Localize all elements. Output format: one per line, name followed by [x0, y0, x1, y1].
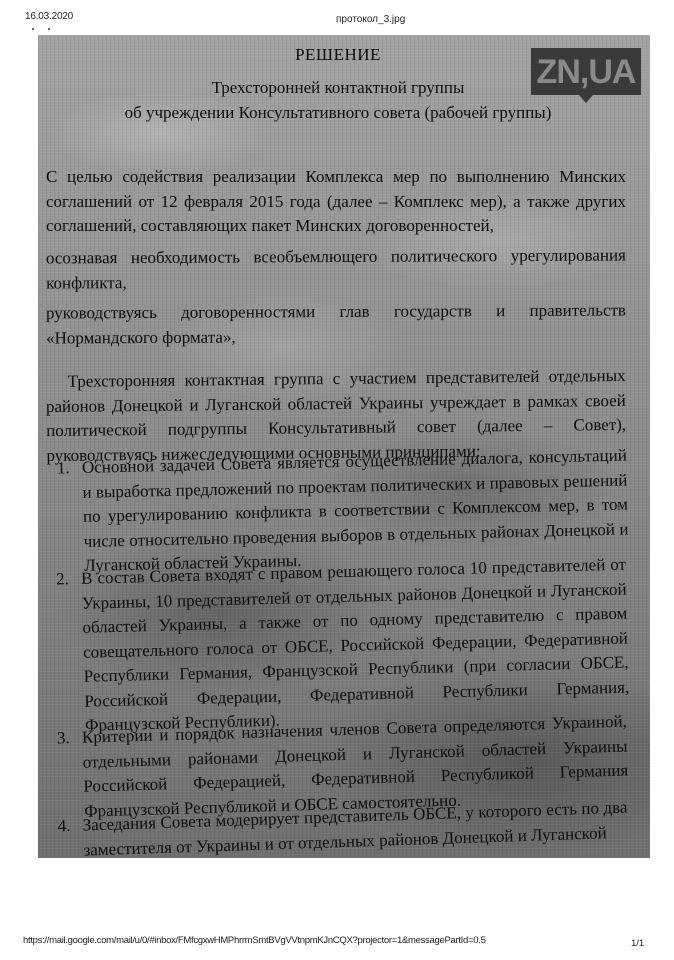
print-footer: https://mail.google.com/mail/u/0/#inbox/… [0, 925, 674, 960]
principle-number: 2. [56, 567, 69, 592]
principle-item: 2. В состав Совета входят с правом решаю… [56, 553, 630, 739]
principle-text: В состав Совета входят с правом решающег… [81, 555, 630, 735]
document-subtitle-line-2: об учреждении Консультативного совета (р… [58, 103, 618, 123]
print-source-url: https://mail.google.com/mail/u/0/#inbox/… [23, 935, 486, 946]
paragraph-normandy-format: руководствуясь договоренностями глав гос… [46, 298, 626, 350]
principle-number: 3. [57, 726, 70, 751]
print-page-count: 1/1 [631, 938, 644, 949]
speck [48, 28, 50, 30]
print-date: 16.03.2020 [25, 11, 73, 22]
scanned-document: ZN,UA РЕШЕНИЕ Трехсторонней контактной г… [38, 35, 650, 858]
paragraph-necessity: осознавая необходимость всеобъемлющего п… [46, 243, 626, 295]
print-header: 16.03.2020 протокол_3.jpg [0, 0, 674, 34]
document-subtitle-line-1: Трехсторонней контактной группы [58, 78, 618, 98]
speck [32, 28, 34, 30]
print-file-name: протокол_3.jpg [336, 14, 405, 25]
document-title: РЕШЕНИЕ [58, 45, 618, 65]
paragraph-purpose: С целью содействия реализации Комплекса … [46, 165, 626, 239]
principle-number: 4. [57, 814, 71, 839]
principle-number: 1. [57, 456, 70, 481]
principle-list: 2. В состав Совета входят с правом решаю… [56, 553, 630, 739]
